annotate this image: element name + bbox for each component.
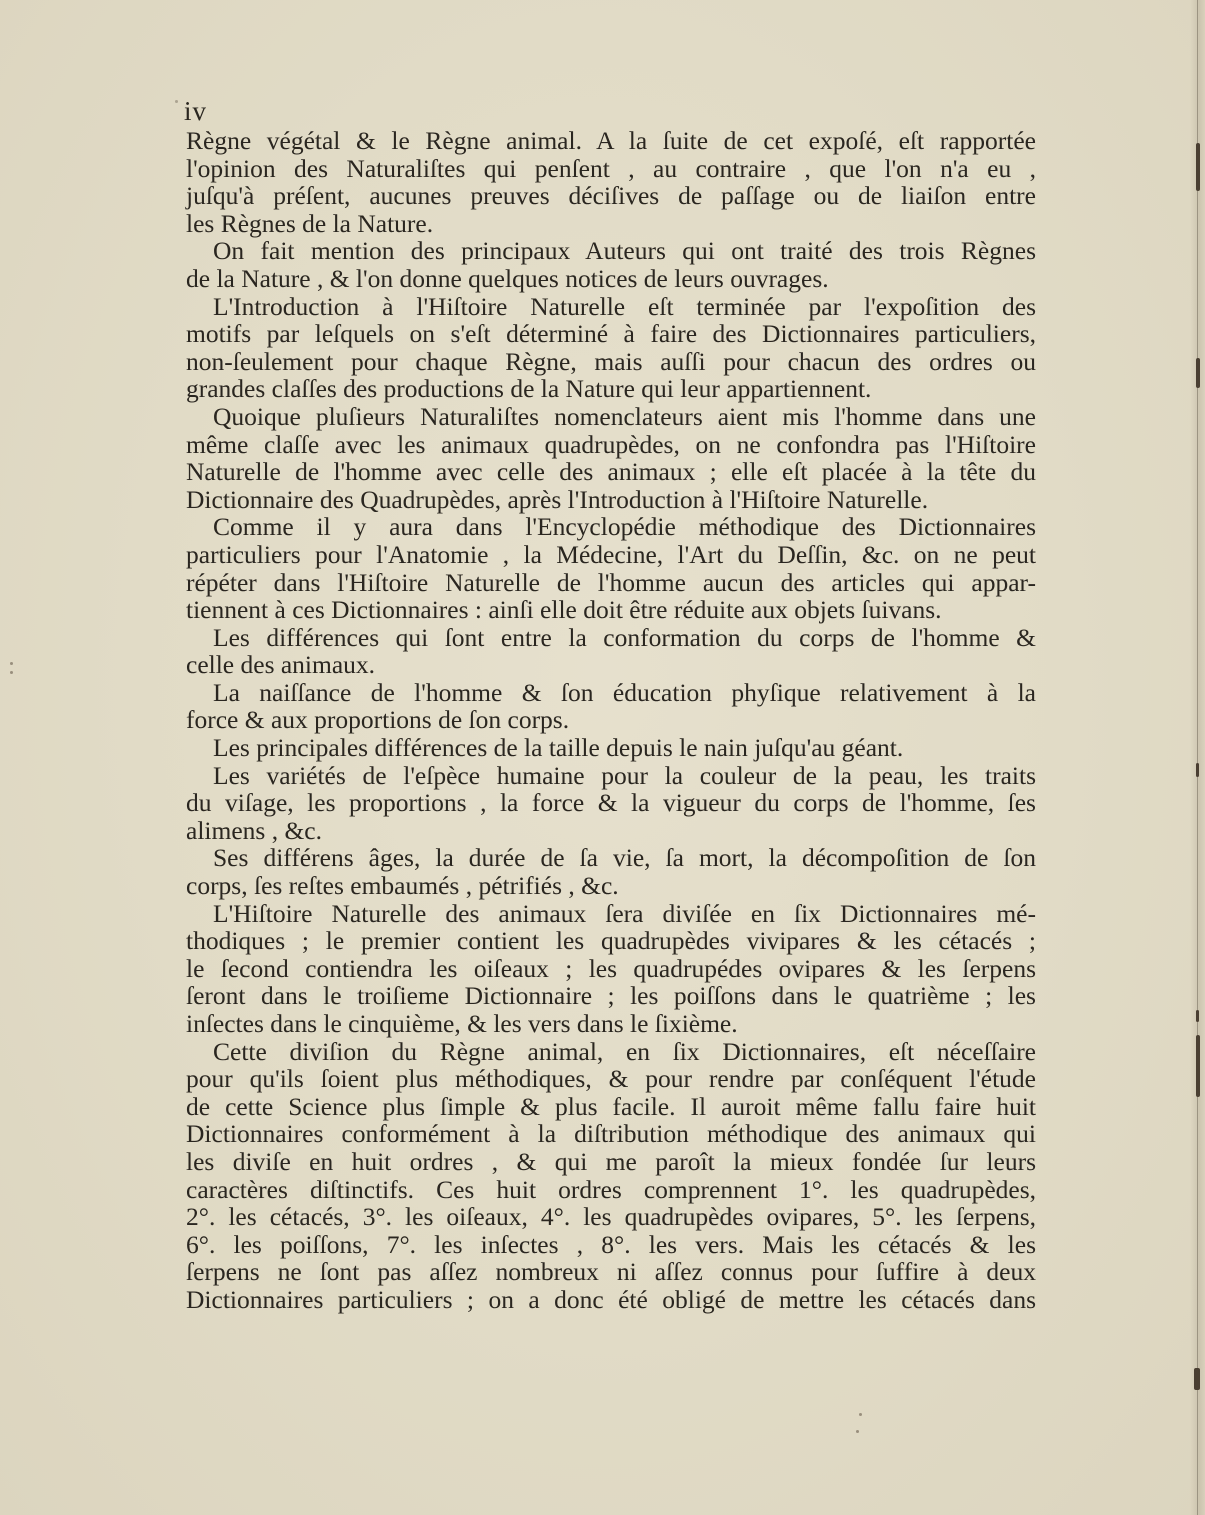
text-line: grandes claſſes des productions de la Na… [186,375,1036,403]
binding-edge [1197,0,1198,1515]
binding-mark [1196,1035,1200,1097]
paragraph-first-line: L'Introduction à l'Hiſtoire Naturelle eſ… [186,293,1036,321]
binding-mark [1196,143,1200,191]
paper-speck [856,1430,859,1433]
text-line: alimens , &c. [186,817,1036,845]
text-line: 2°. les cétacés, 3°. les oiſeaux, 4°. le… [186,1203,1036,1231]
binding-mark [1196,763,1199,777]
paragraph-first-line: Comme il y aura dans l'Encyclopédie méth… [186,513,1036,541]
text-line: thodiques ; le premier contient les quad… [186,927,1036,955]
paragraph-first-line: Les différences qui ſont entre la confor… [186,624,1036,652]
text-line: Dictionnaires conformément à la diſtribu… [186,1120,1036,1148]
text-line: Dictionnaire des Quadrupèdes, après l'In… [186,486,1036,514]
text-line: Règne végétal & le Règne animal. A la ſu… [186,127,1036,155]
text-line: les diviſe en huit ordres , & qui me par… [186,1148,1036,1176]
text-line: l'opinion des Naturaliſtes qui penſent ,… [186,155,1036,183]
text-line: 6°. les poiſſons, 7°. les inſectes , 8°.… [186,1231,1036,1259]
text-line: les Règnes de la Nature. [186,210,1036,238]
binding-mark [1196,358,1200,388]
paragraph-first-line: On fait mention des principaux Auteurs q… [186,237,1036,265]
binding-mark [1196,1010,1199,1022]
paper-speck [10,671,13,674]
text-line: ſerpens ne ſont pas aſſez nombreux ni aſ… [186,1258,1036,1286]
text-line: le ſecond contiendra les oiſeaux ; les q… [186,955,1036,983]
paragraph-first-line: L'Hiſtoire Naturelle des animaux ſera di… [186,900,1036,928]
paragraph-first-line: Les variétés de l'eſpèce humaine pour la… [186,762,1036,790]
text-line: pour qu'ils ſoient plus méthodiques, & p… [186,1065,1036,1093]
text-line: corps, ſes reſtes embaumés , pétrifiés ,… [186,872,1036,900]
text-line: celle des animaux. [186,651,1036,679]
paragraph-first-line: Quoique pluſieurs Naturaliſtes nomenclat… [186,403,1036,431]
paper-speck [10,662,13,665]
text-line: Naturelle de l'homme avec celle des anim… [186,458,1036,486]
text-line: particuliers pour l'Anatomie , la Médeci… [186,541,1036,569]
text-line: force & aux proportions de ſon corps. [186,706,1036,734]
paragraph-first-line: Les principales différences de la taille… [186,734,1036,762]
paper-speck [859,1413,862,1416]
text-line: du viſage, les proportions , la force & … [186,789,1036,817]
text-line: Dictionnaires particuliers ; on a donc é… [186,1286,1036,1314]
paragraph-first-line: La naiſſance de l'homme & ſon éducation … [186,679,1036,707]
text-line: juſqu'à préſent, aucunes preuves déciſiv… [186,182,1036,210]
binding-mark [1194,1368,1200,1390]
text-line: de la Nature , & l'on donne quelques not… [186,265,1036,293]
text-line: répéter dans l'Hiſtoire Naturelle de l'h… [186,569,1036,597]
paragraph-first-line: Ses différens âges, la durée de ſa vie, … [186,844,1036,872]
text-line: même claſſe avec les animaux quadrupèdes… [186,431,1036,459]
paragraph-first-line: Cette diviſion du Règne animal, en ſix D… [186,1038,1036,1066]
text-line: inſectes dans le cinquième, & les vers d… [186,1010,1036,1038]
text-line: motifs par leſquels on s'eſt déterminé à… [186,320,1036,348]
body-text: Règne végétal & le Règne animal. A la ſu… [186,127,1036,1314]
paper-speck [175,100,178,103]
text-line: caractères diſtinctifs. Ces huit ordres … [186,1176,1036,1204]
page-number: iv [184,98,207,125]
text-line: ſeront dans le troiſieme Dictionnaire ; … [186,982,1036,1010]
text-line: non-ſeulement pour chaque Règne, mais au… [186,348,1036,376]
text-line: tiennent à ces Dictionnaires : ainſi ell… [186,596,1036,624]
text-line: de cette Science plus ſimple & plus faci… [186,1093,1036,1121]
